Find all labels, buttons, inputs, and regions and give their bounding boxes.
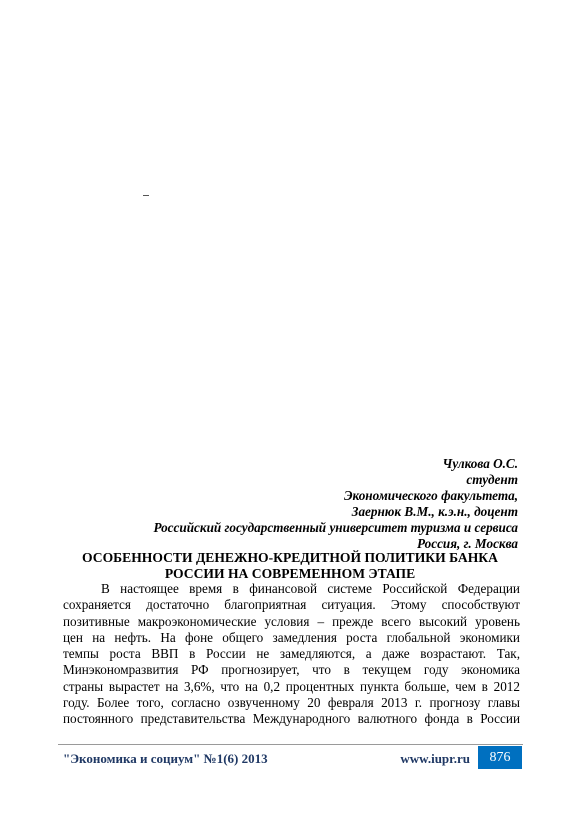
body-line: страны вырастет на 3,6%, что на 0,2 проц…: [63, 679, 520, 695]
body-line: В настоящее время в финансовой системе Р…: [63, 581, 520, 597]
author-name-2: Заернюк В.М., к.э.н., доцент: [154, 504, 519, 520]
body-line: цен на нефть. На фоне общего замедления …: [63, 630, 520, 646]
author-university: Российский государственный университет т…: [154, 520, 519, 536]
author-role-1: студент: [154, 472, 519, 488]
body-line: темпы роста ВВП в России не замедляются,…: [63, 646, 520, 662]
author-faculty: Экономического факультета,: [154, 488, 519, 504]
article-body: В настоящее время в финансовой системе Р…: [63, 581, 520, 728]
footer-journal-name: "Экономика и социум" №1(6) 2013: [63, 751, 268, 767]
article-title: ОСОБЕННОСТИ ДЕНЕЖНО-КРЕДИТНОЙ ПОЛИТИКИ Б…: [60, 550, 520, 582]
body-line: году. Более того, согласно озвученному 2…: [63, 695, 520, 711]
page-number-badge: 876: [478, 746, 522, 769]
title-line-1: ОСОБЕННОСТИ ДЕНЕЖНО-КРЕДИТНОЙ ПОЛИТИКИ Б…: [60, 550, 520, 566]
stray-dash-mark: [143, 195, 149, 196]
author-name-1: Чулкова О.С.: [154, 456, 519, 472]
title-line-2: РОССИИ НА СОВРЕМЕННОМ ЭТАПЕ: [60, 566, 520, 582]
footer-website-link[interactable]: www.iupr.ru: [400, 751, 470, 767]
author-block: Чулкова О.С. студент Экономического факу…: [154, 456, 519, 553]
body-line: Минэкономразвития РФ прогнозирует, что в…: [63, 662, 520, 678]
body-line: позитивные макроэкономические условия – …: [63, 614, 520, 630]
body-line: постоянного представительства Международ…: [63, 711, 520, 727]
footer-divider: [58, 744, 523, 745]
body-line: сохраняется достаточно благоприятная сит…: [63, 597, 520, 613]
